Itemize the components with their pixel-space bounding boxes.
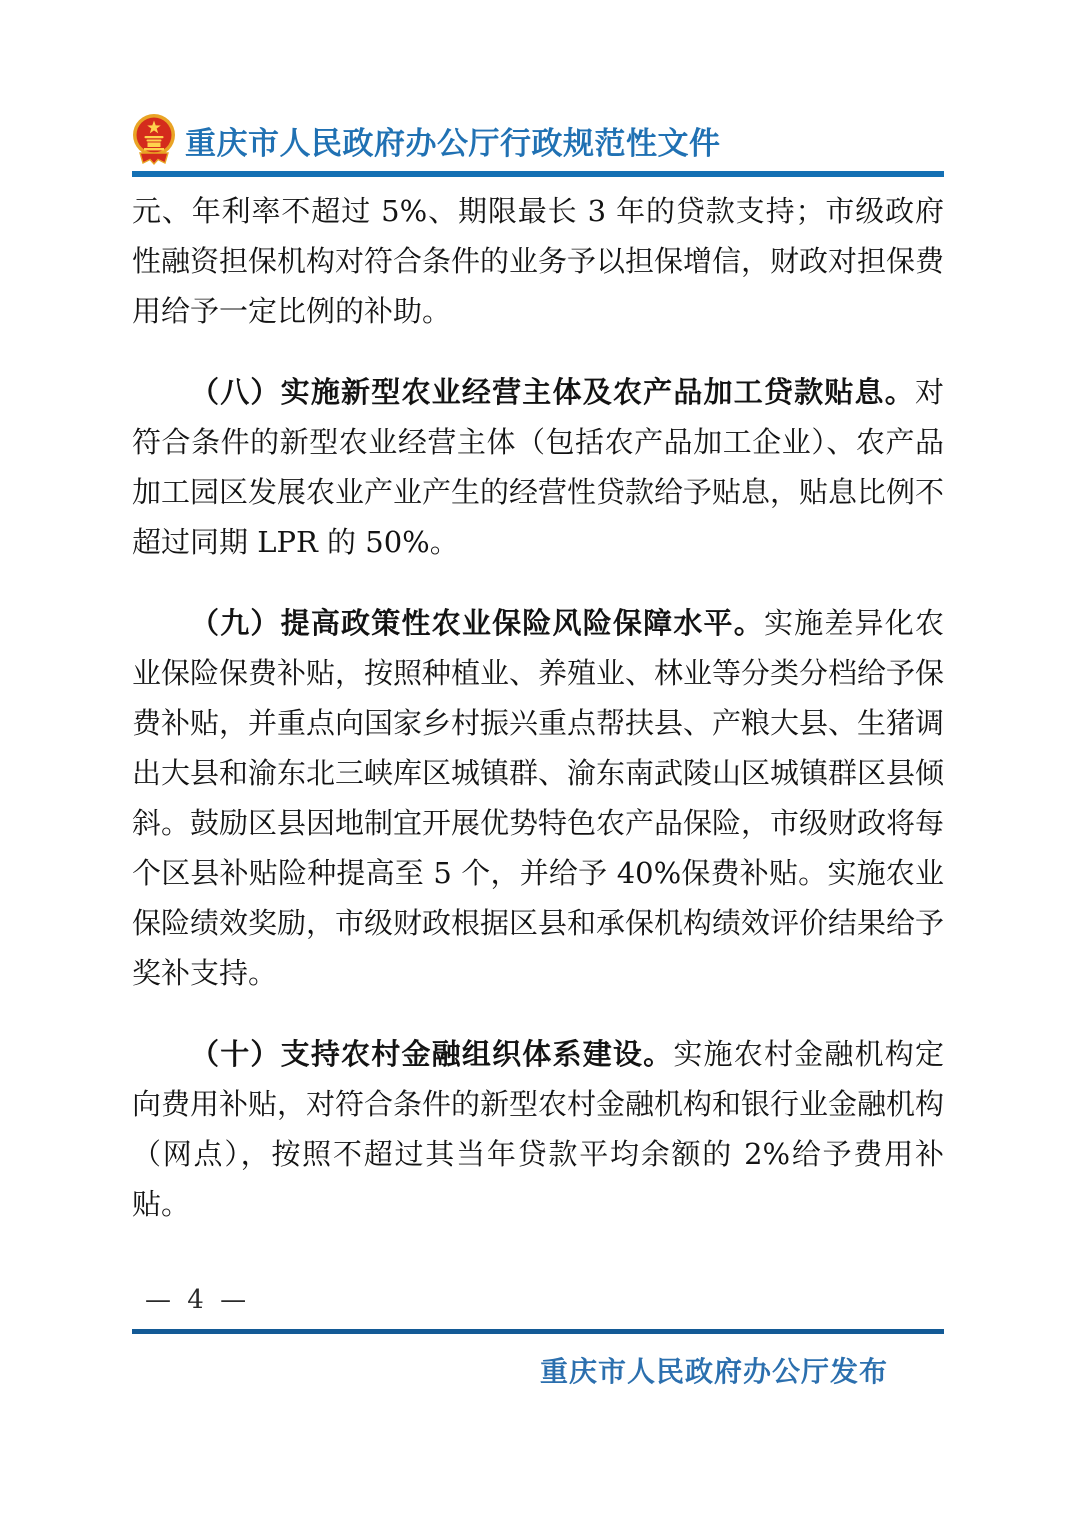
paragraph-heading: （十）支持农村金融组织体系建设。 [190,1037,673,1071]
paragraph-heading: （九）提高政策性农业保险风险保障水平。 [190,606,764,640]
paragraph: 元、年利率不超过 5%、期限最长 3 年的贷款支持；市级政府性融资担保机构对符合… [132,186,944,336]
paragraph-text: 实施差异化农业保险保费补贴，按照种植业、养殖业、林业等分类分档给予保费补贴，并重… [132,606,944,990]
china-national-emblem-icon [132,113,176,167]
document-page: 重庆市人民政府办公厅行政规范性文件 元、年利率不超过 5%、期限最长 3 年的贷… [0,0,1074,1520]
publisher-label: 重庆市人民政府办公厅发布 [132,1355,944,1389]
paragraph: （九）提高政策性农业保险风险保障水平。实施差异化农业保险保费补贴，按照种植业、养… [132,598,944,998]
paragraph-heading: （八）实施新型农业经营主体及农产品加工贷款贴息。 [190,375,915,409]
document-header: 重庆市人民政府办公厅行政规范性文件 [132,112,944,168]
header-divider [132,171,944,177]
header-title: 重庆市人民政府办公厅行政规范性文件 [185,118,721,163]
paragraph: （十）支持农村金融组织体系建设。实施农村金融机构定向费用补贴，对符合条件的新型农… [132,1029,944,1229]
document-body: 元、年利率不超过 5%、期限最长 3 年的贷款支持；市级政府性融资担保机构对符合… [132,186,944,1229]
page-number: — 4 — [145,1285,944,1315]
footer-divider [132,1329,944,1334]
paragraph-text: 元、年利率不超过 5%、期限最长 3 年的贷款支持；市级政府性融资担保机构对符合… [132,194,944,328]
paragraph: （八）实施新型农业经营主体及农产品加工贷款贴息。对符合条件的新型农业经营主体（包… [132,367,944,567]
